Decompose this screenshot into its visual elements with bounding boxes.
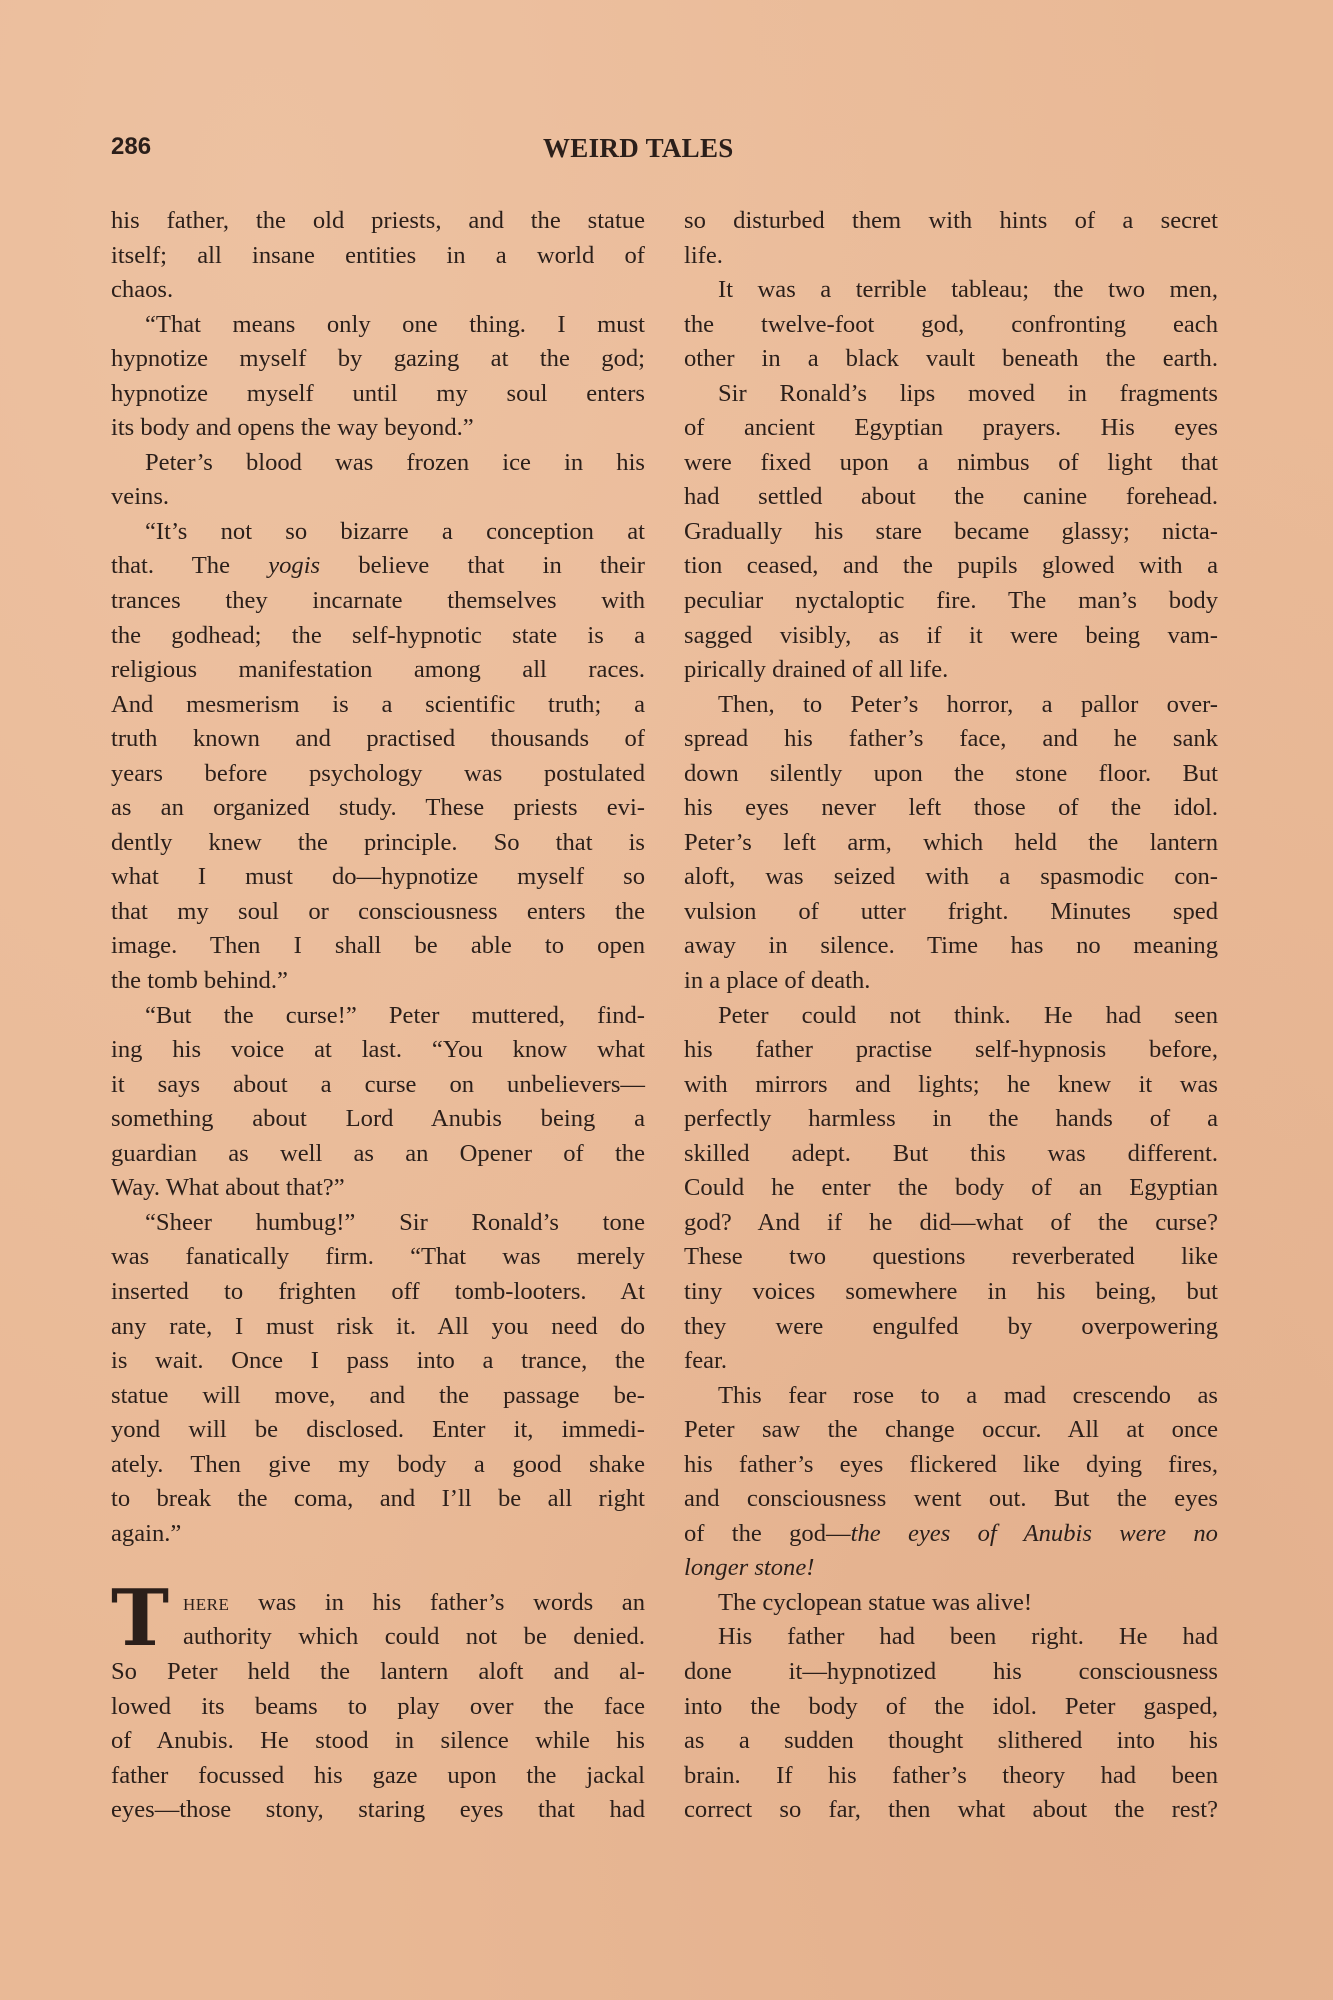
text-line: what I must do—hypnotize myself so (111, 860, 645, 895)
text-line: It was a terrible tableau; the two men, (684, 273, 1218, 308)
text-line: his father, the old priests, and the sta… (111, 204, 645, 239)
text-line: trances they incarnate themselves with (111, 584, 645, 619)
text-line: Way. What about that?” (111, 1171, 645, 1206)
text-line: “Sheer humbug!” Sir Ronald’s tone (111, 1206, 645, 1241)
text-line: ing his voice at last. “You know what (111, 1033, 645, 1068)
drop-cap-paragraph: There was in his father’s words anauthor… (111, 1586, 645, 1655)
text-line: the twelve-foot god, confronting each (684, 308, 1218, 343)
text-line: into the body of the idol. Peter gasped, (684, 1690, 1218, 1725)
text-line: father focussed his gaze upon the jackal (111, 1759, 645, 1794)
text-line: other in a black vault beneath the earth… (684, 342, 1218, 377)
text-line: with mirrors and lights; he knew it was (684, 1068, 1218, 1103)
text-line: This fear rose to a mad crescendo as (684, 1379, 1218, 1414)
left-column: his father, the old priests, and the sta… (111, 204, 645, 1828)
text-line: peculiar nyctaloptic fire. The man’s bod… (684, 584, 1218, 619)
text-line: to break the coma, and I’ll be all right (111, 1482, 645, 1517)
text-line: “But the curse!” Peter muttered, find- (111, 999, 645, 1034)
text-line: statue will move, and the passage be- (111, 1379, 645, 1414)
text-line: perfectly harmless in the hands of a (684, 1102, 1218, 1137)
page-number: 286 (111, 133, 151, 161)
text-line: dently knew the principle. So that is (111, 826, 645, 861)
text-line: were fixed upon a nimbus of light that (684, 446, 1218, 481)
text-line: religious manifestation among all races. (111, 653, 645, 688)
text-line: vulsion of utter fright. Minutes sped (684, 895, 1218, 930)
text-line: longer stone! (684, 1551, 1218, 1586)
section-break-space (111, 1551, 645, 1586)
text-line: god? And if he did—what of the curse? (684, 1206, 1218, 1241)
text-line: pirically drained of all life. (684, 653, 1218, 688)
text-line: “That means only one thing. I must (111, 308, 645, 343)
text-line: Could he enter the body of an Egyptian (684, 1171, 1218, 1206)
italic-text: longer stone! (684, 1554, 814, 1581)
text-line: the tomb behind.” (111, 964, 645, 999)
text-line: so disturbed them with hints of a secret (684, 204, 1218, 239)
text-line: His father had been right. He had (684, 1620, 1218, 1655)
text-line: And mesmerism is a scientific truth; a (111, 688, 645, 723)
text-line: image. Then I shall be able to open (111, 929, 645, 964)
text-line: away in silence. Time has no meaning (684, 929, 1218, 964)
text-span: of the god— (684, 1520, 851, 1547)
text-line: eyes—those stony, staring eyes that had (111, 1793, 645, 1828)
text-line: was fanatically firm. “That was merely (111, 1240, 645, 1275)
text-line: yond will be disclosed. Enter it, immedi… (111, 1413, 645, 1448)
text-line: his eyes never left those of the idol. (684, 791, 1218, 826)
text-line: any rate, I must risk it. All you need d… (111, 1310, 645, 1345)
text-line: Peter saw the change occur. All at once (684, 1413, 1218, 1448)
italic-text: the eyes of Anubis were no (851, 1520, 1218, 1547)
text-line: of Anubis. He stood in silence while his (111, 1724, 645, 1759)
text-line: down silently upon the stone floor. But (684, 757, 1218, 792)
text-line: his father’s eyes flickered like dying f… (684, 1448, 1218, 1483)
smallcaps-lead-word: here (183, 1589, 229, 1616)
text-line: in a place of death. (684, 964, 1218, 999)
text-span: believe that in their (320, 552, 645, 579)
text-line: that my soul or consciousness enters the (111, 895, 645, 930)
text-line: the godhead; the self-hypnotic state is … (111, 619, 645, 654)
text-line: chaos. (111, 273, 645, 308)
text-line: Gradually his stare became glassy; nicta… (684, 515, 1218, 550)
text-line: of the god—the eyes of Anubis were no (684, 1517, 1218, 1552)
text-line: These two questions reverberated like (684, 1240, 1218, 1275)
text-line: lowed its beams to play over the face (111, 1690, 645, 1725)
text-line: inserted to frighten off tomb-looters. A… (111, 1275, 645, 1310)
text-line: Peter’s blood was frozen ice in his (111, 446, 645, 481)
text-line: its body and opens the way beyond.” (111, 411, 645, 446)
text-line: Sir Ronald’s lips moved in fragments (684, 377, 1218, 412)
magazine-title: WEIRD TALES (543, 133, 734, 164)
magazine-page: 286 WEIRD TALES his father, the old prie… (0, 0, 1333, 2000)
text-line: guardian as well as an Opener of the (111, 1137, 645, 1172)
text-line: Then, to Peter’s horror, a pallor over- (684, 688, 1218, 723)
text-line: Peter could not think. He had seen (684, 999, 1218, 1034)
text-line: something about Lord Anubis being a (111, 1102, 645, 1137)
text-line: done it—hypnotized his consciousness (684, 1655, 1218, 1690)
text-line: sagged visibly, as if it were being vam- (684, 619, 1218, 654)
text-line: here was in his father’s words an (111, 1586, 645, 1621)
running-head: 286 WEIRD TALES (111, 133, 1218, 167)
drop-cap: T (111, 1580, 169, 1658)
text-line: spread his father’s face, and he sank (684, 722, 1218, 757)
text-line: correct so far, then what about the rest… (684, 1793, 1218, 1828)
text-line: fear. (684, 1344, 1218, 1379)
text-line: that. The yogis believe that in their (111, 549, 645, 584)
text-line: ately. Then give my body a good shake (111, 1448, 645, 1483)
text-line: and consciousness went out. But the eyes (684, 1482, 1218, 1517)
text-line: is wait. Once I pass into a trance, the (111, 1344, 645, 1379)
text-line: skilled adept. But this was different. (684, 1137, 1218, 1172)
text-line: tion ceased, and the pupils glowed with … (684, 549, 1218, 584)
text-line: aloft, was seized with a spasmodic con- (684, 860, 1218, 895)
text-span: that. The (111, 552, 268, 579)
text-span: was in his father’s words an (229, 1589, 645, 1616)
text-line: they were engulfed by overpowering (684, 1310, 1218, 1345)
text-line: as an organized study. These priests evi… (111, 791, 645, 826)
italic-text: yogis (268, 552, 320, 579)
text-line: itself; all insane entities in a world o… (111, 239, 645, 274)
text-line: So Peter held the lantern aloft and al- (111, 1655, 645, 1690)
text-line: had settled about the canine forehead. (684, 480, 1218, 515)
text-line: hypnotize myself by gazing at the god; (111, 342, 645, 377)
text-line: truth known and practised thousands of (111, 722, 645, 757)
text-line: years before psychology was postulated (111, 757, 645, 792)
text-line: it says about a curse on unbelievers— (111, 1068, 645, 1103)
text-line: The cyclopean statue was alive! (684, 1586, 1218, 1621)
right-column: so disturbed them with hints of a secret… (684, 204, 1218, 1828)
text-line: authority which could not be denied. (111, 1620, 645, 1655)
text-line: Peter’s left arm, which held the lantern (684, 826, 1218, 861)
text-line: of ancient Egyptian prayers. His eyes (684, 411, 1218, 446)
text-line: tiny voices somewhere in his being, but (684, 1275, 1218, 1310)
text-line: his father practise self-hypnosis before… (684, 1033, 1218, 1068)
text-line: hypnotize myself until my soul enters (111, 377, 645, 412)
text-line: “It’s not so bizarre a conception at (111, 515, 645, 550)
text-line: veins. (111, 480, 645, 515)
text-line: as a sudden thought slithered into his (684, 1724, 1218, 1759)
text-line: again.” (111, 1517, 645, 1552)
text-line: life. (684, 239, 1218, 274)
text-line: brain. If his father’s theory had been (684, 1759, 1218, 1794)
